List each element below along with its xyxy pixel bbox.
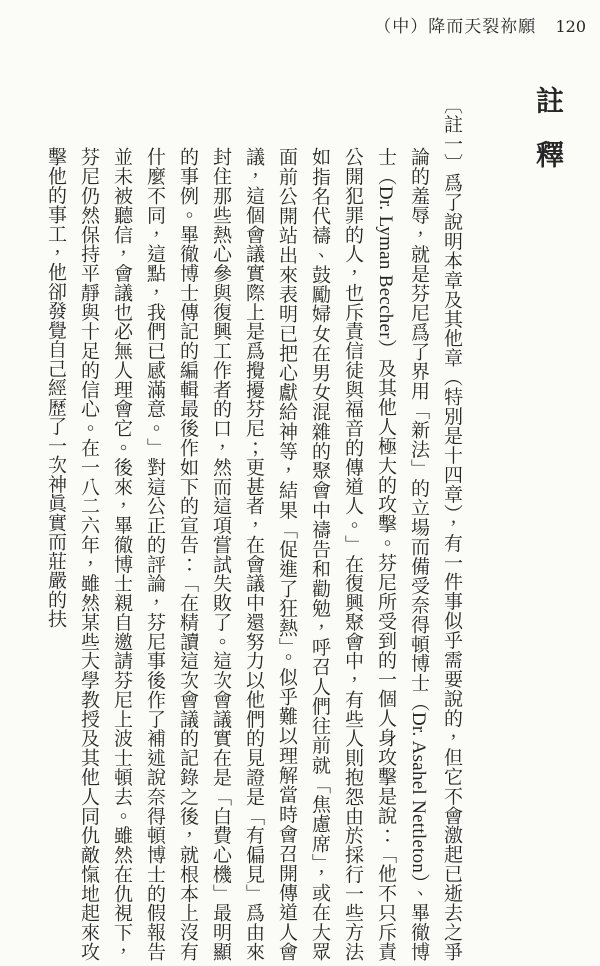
note-text: 爲了說明本章及其他章（特別是十四章），有一件事似乎需要說的，但它不會激起已逝去之…	[45, 147, 462, 961]
page-number: 120	[555, 17, 586, 36]
page-header: （中）降而天裂祢願 120	[374, 12, 586, 37]
note-label: 〔註一〕	[441, 95, 462, 173]
section-heading: 註釋	[527, 86, 567, 194]
running-title: （中）降而天裂祢願	[374, 17, 536, 36]
note-paragraph: 〔註一〕爲了說明本章及其他章（特別是十四章），有一件事似乎需要說的，但它不會激起…	[22, 95, 468, 961]
